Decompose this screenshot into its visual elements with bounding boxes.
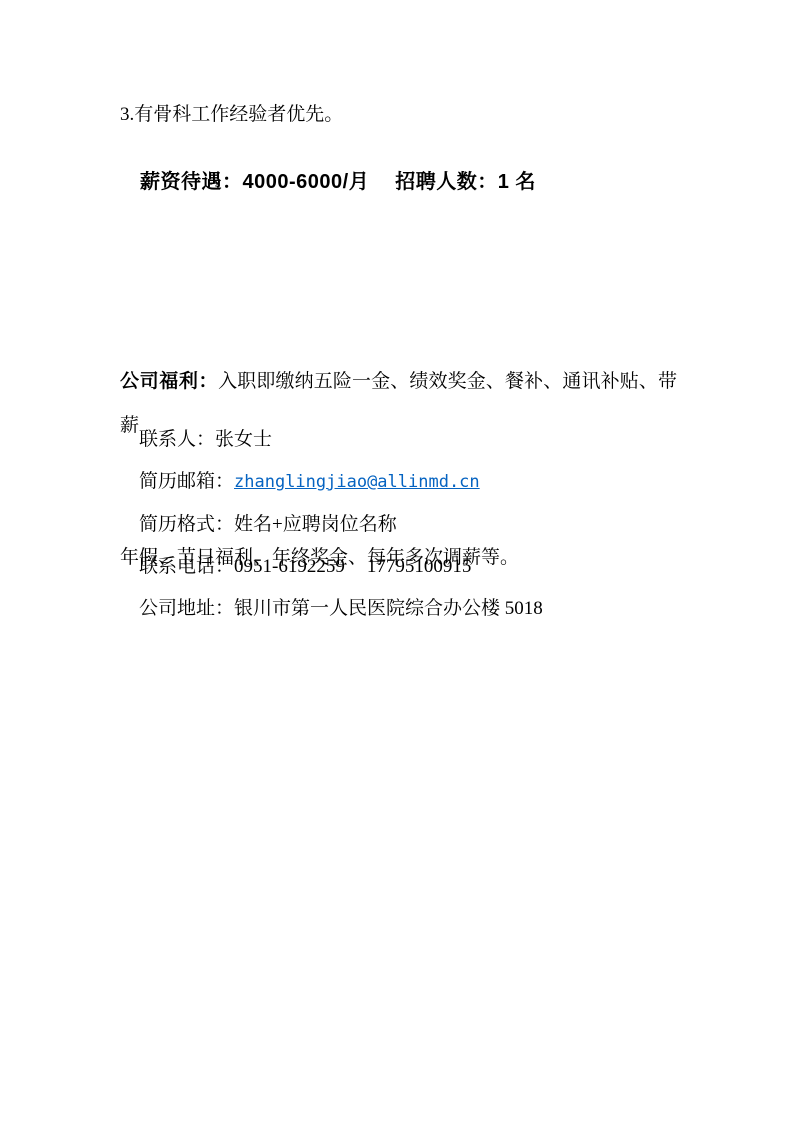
- salary-label: 薪资待遇：: [140, 171, 243, 193]
- company-address-line: 公司地址：银川市第一人民医院综合办公楼 5018: [120, 573, 677, 645]
- benefits-label: 公司福利：: [120, 371, 218, 392]
- company-address-value: 银川市第一人民医院综合办公楼 5018: [234, 598, 543, 619]
- headcount-value: 1 名: [498, 171, 536, 193]
- company-address-label: 公司地址：: [139, 598, 234, 619]
- salary-headcount-line: 薪资待遇：4000-6000/月招聘人数：1 名: [120, 146, 677, 218]
- document-page: 3.有骨科工作经验者优先。 薪资待遇：4000-6000/月招聘人数：1 名 公…: [0, 0, 793, 1122]
- experience-requirement-line: 3.有骨科工作经验者优先。: [120, 103, 677, 127]
- salary-value: 4000-6000/月: [243, 171, 370, 193]
- headcount-label: 招聘人数：: [395, 171, 498, 193]
